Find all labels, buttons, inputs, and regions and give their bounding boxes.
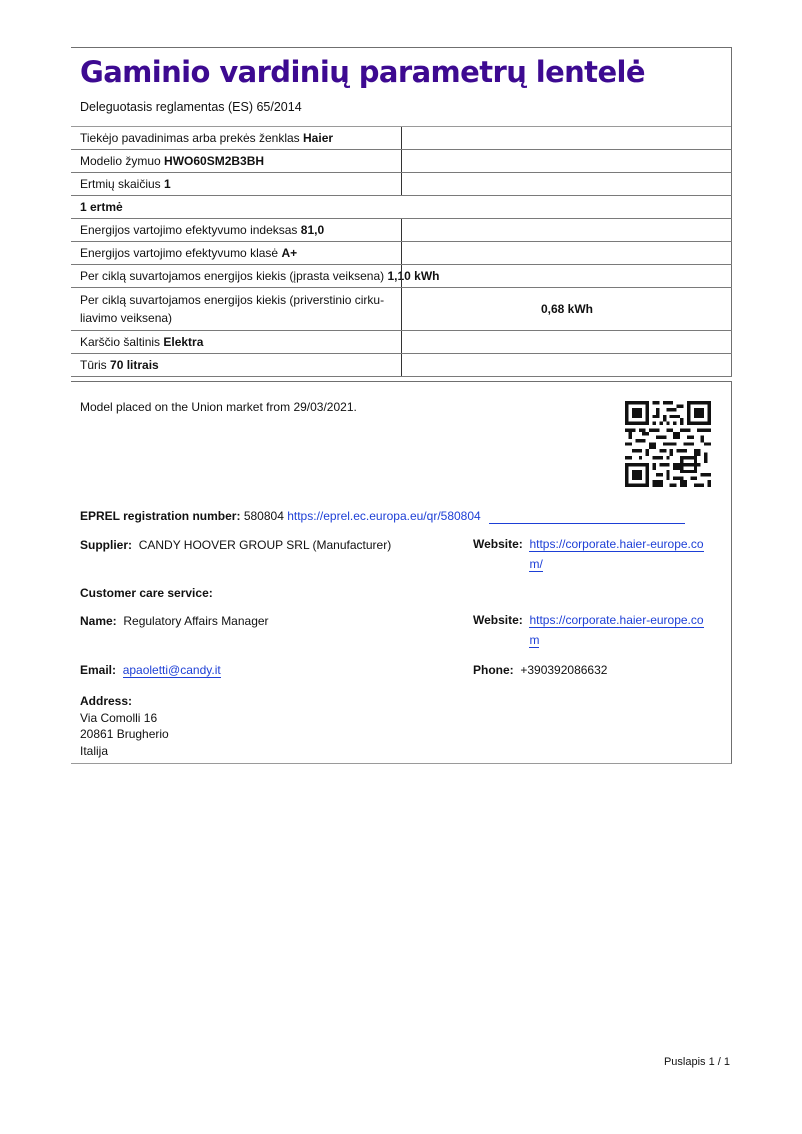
eei-label: Energijos vartojimo efektyvumo indeksas [80,223,297,237]
empty-cell [402,242,733,265]
customer-care-heading: Customer care service: [80,586,213,600]
table-row: Modelio žymuo HWO60SM2B3BH [71,150,732,173]
cavity-heading-text: 1 ertmė [80,200,123,214]
empty-cell [402,331,733,354]
table-row: Karščio šaltinis Elektra [71,331,732,354]
table-row: Energijos vartojimo efektyvumo indeksas … [71,219,732,242]
table-row: Tūris 70 litrais [71,354,732,377]
table-row: Per ciklą suvartojamos energijos kiekis … [71,265,732,288]
supplier-website-row: Website: https://corporate.haier-europe.… [473,534,711,574]
eprel-link-underline [489,523,685,524]
supplier-label: Supplier: [80,538,132,552]
website-label: Website: [473,537,523,551]
table-row: Energijos vartojimo efektyvumo klasė A+ [71,242,732,265]
volume-label: Tūris [80,358,107,372]
supplier-label: Tiekėjo pavadinimas arba prekės ženklas [80,131,300,145]
conventional-energy-value: 1,10 kWh [387,269,439,283]
table-row: Per ciklą suvartojamos energijos kiekis … [71,288,732,331]
empty-cell [402,219,733,242]
regulation-reference: Deleguotasis reglamentas (ES) 65/2014 [71,92,731,127]
page-title: Gaminio vardinių parametrų lentelė [71,48,731,92]
phone-label: Phone: [473,663,514,677]
cavities-cell: Ertmių skaičius 1 [71,173,402,196]
supplier-website-link[interactable]: https://corporate.haier-europe.com/ [529,537,703,572]
volume-value: 70 litrais [110,358,159,372]
table-row: Ertmių skaičius 1 [71,173,732,196]
eei-value: 81,0 [301,223,324,237]
empty-cell [402,150,733,173]
phone-row: Phone: +390392086632 [473,663,607,677]
energy-class-cell: Energijos vartojimo efektyvumo klasė A+ [71,242,402,265]
address-line: Italija [80,743,169,760]
name-label: Name: [80,614,117,628]
forced-air-energy-label: Per ciklą suvartojamos energijos kiekis … [71,288,402,331]
table-row: Tiekėjo pavadinimas arba prekės ženklas … [71,127,732,150]
contact-name: Regulatory Affairs Manager [123,614,268,628]
heat-source-label: Karščio šaltinis [80,335,160,349]
eprel-registration: EPREL registration number: 580804 https:… [80,509,481,523]
address-line: 20861 Brugherio [80,726,169,743]
contact-name-row: Name: Regulatory Affairs Manager [80,614,269,628]
heat-source-value: Elektra [163,335,203,349]
product-fiche: Gaminio vardinių parametrų lentelė Deleg… [71,47,732,377]
parameters-table: Tiekėjo pavadinimas arba prekės ženklas … [71,127,732,377]
cavities-label: Ertmių skaičius [80,177,161,191]
supplier-name: CANDY HOOVER GROUP SRL (Manufacturer) [139,538,392,552]
website-label: Website: [473,613,523,627]
empty-cell [402,354,733,377]
address-block: Address: Via Comolli 16 20861 Brugherio … [80,693,169,759]
email-row: Email: apaoletti@candy.it [80,663,221,677]
address-label: Address: [80,693,169,710]
market-date-text: Model placed on the Union market from 29… [80,400,357,414]
model-cell: Modelio žymuo HWO60SM2B3BH [71,150,402,173]
model-label: Modelio žymuo [80,154,161,168]
energy-class-value: A+ [281,246,297,260]
email-link[interactable]: apaoletti@candy.it [123,663,221,678]
conventional-energy-label: Per ciklą suvartojamos energijos kiekis … [80,269,384,283]
eprel-number: 580804 [244,509,284,523]
care-website-row: Website: https://corporate.haier-europe.… [473,610,711,650]
forced-air-energy-value: 0,68 kWh [402,288,733,331]
email-label: Email: [80,663,116,677]
fiche-header-box: Gaminio vardinių parametrų lentelė Deleg… [71,47,732,377]
energy-class-label: Energijos vartojimo efektyvumo klasė [80,246,278,260]
cavity-heading: 1 ertmė [71,196,732,219]
supplier-row: Supplier: CANDY HOOVER GROUP SRL (Manufa… [80,538,391,552]
model-value: HWO60SM2B3BH [164,154,264,168]
conventional-energy-cell: Per ciklą suvartojamos energijos kiekis … [71,265,732,288]
supplier-info-box: Model placed on the Union market from 29… [71,381,732,764]
phone-value: +390392086632 [520,663,607,677]
table-row: 1 ertmė [71,196,732,219]
volume-cell: Tūris 70 litrais [71,354,402,377]
page-number: Puslapis 1 / 1 [664,1056,730,1068]
eei-cell: Energijos vartojimo efektyvumo indeksas … [71,219,402,242]
qr-code-icon[interactable] [625,401,711,487]
eprel-label: EPREL registration number: [80,509,240,523]
care-website-link[interactable]: https://corporate.haier-europe.com [529,613,703,648]
empty-cell [402,173,733,196]
supplier-value: Haier [303,131,333,145]
heat-source-cell: Karščio šaltinis Elektra [71,331,402,354]
eprel-link[interactable]: https://eprel.ec.europa.eu/qr/580804 [287,509,480,523]
address-line: Via Comolli 16 [80,710,169,727]
supplier-cell: Tiekėjo pavadinimas arba prekės ženklas … [71,127,402,150]
cavities-value: 1 [164,177,171,191]
empty-cell [402,127,733,150]
